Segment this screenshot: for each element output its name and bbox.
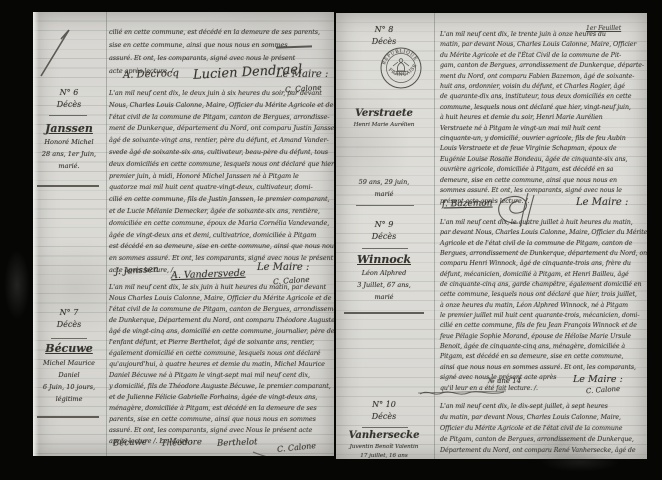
handwritten-line: de Pitgam, canton de Bergues, arrondisse… (440, 434, 636, 445)
handwritten-line: L'an mil neuf cent dix, le six juin à hu… (109, 282, 334, 293)
witness-signature: Théodore (161, 437, 202, 448)
handwritten-line: huit ans, ordonnier, voisin du défunt, e… (440, 82, 644, 92)
official-stamp: RÉPUBLIQUE FRANÇAISE (379, 46, 423, 90)
margin-act-type: Décès (33, 100, 105, 109)
handwritten-line: quatorze mai mil huit cent quatre-vingt-… (109, 182, 334, 194)
margin-rule-vertical (106, 12, 107, 456)
margin-deceased-given-names: Honoré Michel (33, 138, 105, 146)
margin-deceased-surname: Bécuwe (33, 342, 105, 355)
margin-deceased-surname: Verstraete (336, 108, 432, 119)
handwritten-line: l'état civil de la commune de Pitgam, ca… (109, 112, 334, 124)
mayor-title: Le Maire : (576, 197, 628, 208)
witness-signature: Bécuwe (113, 437, 147, 448)
margin-divider (37, 416, 99, 418)
handwritten-line: ment de Dunkerque, département du Nord, … (109, 123, 334, 135)
margin-act-type: Décès (336, 412, 432, 421)
margin-age-date: 59 ans, 29 juin, (336, 178, 432, 186)
handwritten-line: Eugénie Louise Rosalie Bondeau, âgée de … (440, 155, 644, 165)
handwritten-line: Benoit, âgée de cinquante-cinq ans, ména… (440, 342, 647, 352)
handwritten-line: qu'aujourd'hui, à quatre heures et demie… (109, 359, 334, 370)
handwritten-line: parents, sise en cette commune, ainsi qu… (109, 414, 334, 425)
handwritten-line: de cinquante-cinq ans, garde champêtre, … (440, 280, 647, 290)
handwritten-line: L'an mil neuf cent dix, le deux juin à s… (109, 88, 334, 100)
handwritten-line: défunt, mécanicien, domicilié à Pitgam, … (440, 270, 647, 280)
handwritten-line: âgé de vingt-cinq ans, domicilié en cett… (109, 326, 334, 337)
margin-deceased-surname: Janssen (33, 122, 105, 135)
record-6-body: L'an mil neuf cent dix, le deux juin à s… (109, 88, 334, 277)
margin-deceased-surname: Vanhersecke (336, 430, 432, 441)
handwritten-line: cinquante-un, y domicilié, ouvrier agric… (440, 134, 644, 144)
signature-flourish (251, 450, 331, 456)
handwritten-line: de Dunkerque, Département du Nord, ont c… (109, 315, 334, 326)
handwritten-line: comparu Henri Winnock, âgé de cinquante-… (440, 259, 647, 269)
margin-divider (356, 205, 414, 206)
witness-signature: Berthelot (217, 437, 258, 448)
margin-act-type: Décès (336, 232, 432, 241)
handwritten-line: ouvrière agricole, domiciliée à Pitgam, … (440, 165, 644, 175)
handwritten-line: est décédé en sa demeure, sise en cette … (109, 241, 334, 253)
scanned-register-spread: cilié en cette commune, est décédé en la… (0, 0, 662, 480)
handwritten-line: cilié en cette commune, fils de feu Jean… (440, 321, 647, 331)
margin-age-date: 3 Juillet, 67 ans, (336, 281, 432, 289)
handwritten-line: à huit heures et demie du soir, Henri Ma… (440, 113, 644, 123)
margin-divider (344, 312, 424, 314)
scan-artifact (4, 250, 30, 320)
margin-civil-status: marié (336, 293, 432, 301)
handwritten-line: ainsi que nous nous en sommes assuré. Et… (440, 363, 647, 373)
witness-signature: A. Vandersvede (171, 268, 246, 282)
margin-divider (362, 248, 408, 249)
handwritten-line: L'an mil neuf cent dix, le trente juin à… (440, 30, 644, 40)
handwritten-line: l'enfant défunt, et Pierre Berthelot, âg… (109, 337, 334, 348)
handwritten-line: Bergues, arrondissement de Dunkerque, dé… (440, 249, 647, 259)
handwritten-line: svede âgé de soixante-six ans, cultivate… (109, 147, 334, 159)
margin-civil-status: marié. (33, 162, 105, 170)
margin-age-date: 6 Juin, 10 jours, (33, 383, 105, 391)
margin-act-type: Décès (336, 37, 432, 46)
handwritten-line: âgé de soixante-vingt ans, rentier, père… (109, 135, 334, 147)
handwritten-line: domiciliée en cette commune, époux de Ma… (109, 218, 334, 230)
margin-deceased-given-names: Juventin Benoît Valentin (336, 444, 432, 450)
register-page-right: 1er Feuillet N° 8 Décès RÉPUBLIQUE FRANÇ… (336, 13, 647, 459)
mayor-title: Le Maire : (257, 262, 309, 273)
witness-signature: A. Decrocq (123, 68, 179, 81)
margin-divider (51, 338, 87, 339)
margin-deceased-given-names: Henri Marie Aurélien (336, 122, 432, 128)
handwritten-line: premier juin, à midi, Honoré Michel Jans… (109, 171, 334, 183)
register-page-left: cilié en cette commune, est décédé en la… (33, 12, 334, 456)
margin-deceased-given-names: Daniel (33, 371, 105, 379)
handwritten-line: cette commune, lesquels nous ont déclaré… (440, 290, 647, 300)
margin-civil-status: légitime (33, 395, 105, 403)
handwritten-line: assuré. Et ont, les comparants, signé av… (109, 425, 334, 436)
mayor-title: Le Maire : (573, 374, 623, 385)
handwritten-line: feue Pélagie Sophie Morand, épouse de Hé… (440, 332, 647, 342)
handwritten-line: à onze heures du matin, Léon Alphred Win… (440, 301, 647, 311)
handwritten-line: gam, canton de Bergues, arrondissement d… (440, 61, 644, 71)
handwritten-line: cilié en cette commune, fils de Justin J… (109, 194, 334, 206)
handwritten-line: commune, lesquels nous ont déclaré que h… (440, 103, 644, 113)
margin-divider (37, 185, 99, 187)
marginal-correction-note: № une 14 (488, 377, 521, 385)
handwritten-line: et de Julienne Félicie Gabrielle Forhain… (109, 392, 334, 403)
margin-divider (362, 427, 408, 428)
margin-deceased-given-names: Léon Alphred (336, 269, 432, 277)
margin-civil-status: marié (336, 190, 432, 198)
handwritten-line: Pitgam, est décédé en sa demeure, sise e… (440, 352, 647, 362)
record-7-body: L'an mil neuf cent dix, le six juin à hu… (109, 282, 334, 447)
handwritten-line: Officier du Mérite Agricole et de l'état… (440, 423, 636, 434)
handwritten-line: Nous Charles Louis Calonne, Maire, Offic… (109, 293, 334, 304)
handwritten-line: matin, par devant Nous, Charles Louis Ca… (440, 40, 644, 50)
margin-act-number: N° 9 (336, 220, 432, 229)
handwritten-line: également domicilié en cette commune, le… (109, 348, 334, 359)
handwritten-line: deux domiciliés en cette commune, lesque… (109, 159, 334, 171)
margin-act-type: Décès (33, 320, 105, 329)
handwritten-line: ménagère, domiciliée à Pitgam, est décéd… (109, 403, 334, 414)
handwritten-line: par devant Nous, Charles Louis Calonne, … (440, 228, 647, 238)
handwritten-line: cilié en cette commune, est décédé en la… (109, 26, 320, 39)
handwritten-line: Nous, Charles Louis Calonne, Maire, Offi… (109, 100, 334, 112)
handwritten-line: le premier juillet mil huit cent quarant… (440, 311, 647, 321)
handwritten-line: Verstraete né à Pitgam le vingt-un mai m… (440, 124, 644, 134)
margin-deceased-given-names: Michel Maurice (33, 359, 105, 367)
handwritten-line: et de Lucie Mélanie Demecker, âgée de so… (109, 206, 334, 218)
handwritten-line: L'an mil neuf cent dix, le dix-sept juil… (440, 401, 636, 412)
witness-signature: f. Bazemon (442, 199, 493, 210)
handwritten-line: du matin, par devant Nous, Charles Louis… (440, 412, 636, 423)
handwritten-line: Agricole et de l'état civil de la commun… (440, 239, 647, 249)
margin-act-number: N° 10 (336, 400, 432, 409)
struck-signature (418, 387, 506, 399)
margin-age-date: 17 juillet, 16 ans (336, 453, 432, 459)
margin-act-number: N° 7 (33, 308, 105, 317)
margin-divider (49, 115, 87, 116)
pen-checkmark (35, 26, 75, 82)
handwritten-line: Département du Nord, ont comparu René Va… (440, 445, 636, 456)
handwritten-line: Daniel Bécuwe né à Pitgam le vingt-sept … (109, 370, 334, 381)
handwritten-line: du Mérite Agricole et de l'État Civil de… (440, 51, 644, 61)
handwritten-line: ment du Nord, ont comparu Fabien Bazemon… (440, 72, 644, 82)
handwritten-line: Louis Verstraete et de feue Virginie Sch… (440, 144, 644, 154)
margin-deceased-surname: Winnock (336, 253, 432, 266)
margin-age-date: 28 ans, 1er Juin, (33, 150, 105, 158)
margin-act-number: N° 6 (33, 88, 105, 97)
record-10-body: L'an mil neuf cent dix, le dix-sept juil… (440, 401, 636, 456)
record-9-body: L'an mil neuf cent dix, le quatre juille… (440, 218, 647, 394)
handwritten-line: L'an mil neuf cent dix, le quatre juille… (440, 218, 647, 228)
margin-act-number: N° 8 (336, 25, 432, 34)
mayor-title: Le Maire : (276, 69, 328, 80)
handwritten-line: y domicilié, fils de Théodore Auguste Bé… (109, 381, 334, 392)
handwritten-line: âgée de vingt-deux ans et demi, cultivat… (109, 230, 334, 242)
handwritten-line: demeure, sise en cette commune, ainsi qu… (440, 176, 644, 186)
handwritten-line: de quarante-dix ans, instituteur, tous d… (440, 92, 644, 102)
handwritten-line: l'état civil de la commune de Pitgam, ca… (109, 304, 334, 315)
record-8-body: L'an mil neuf cent dix, le trente juin à… (440, 30, 644, 207)
